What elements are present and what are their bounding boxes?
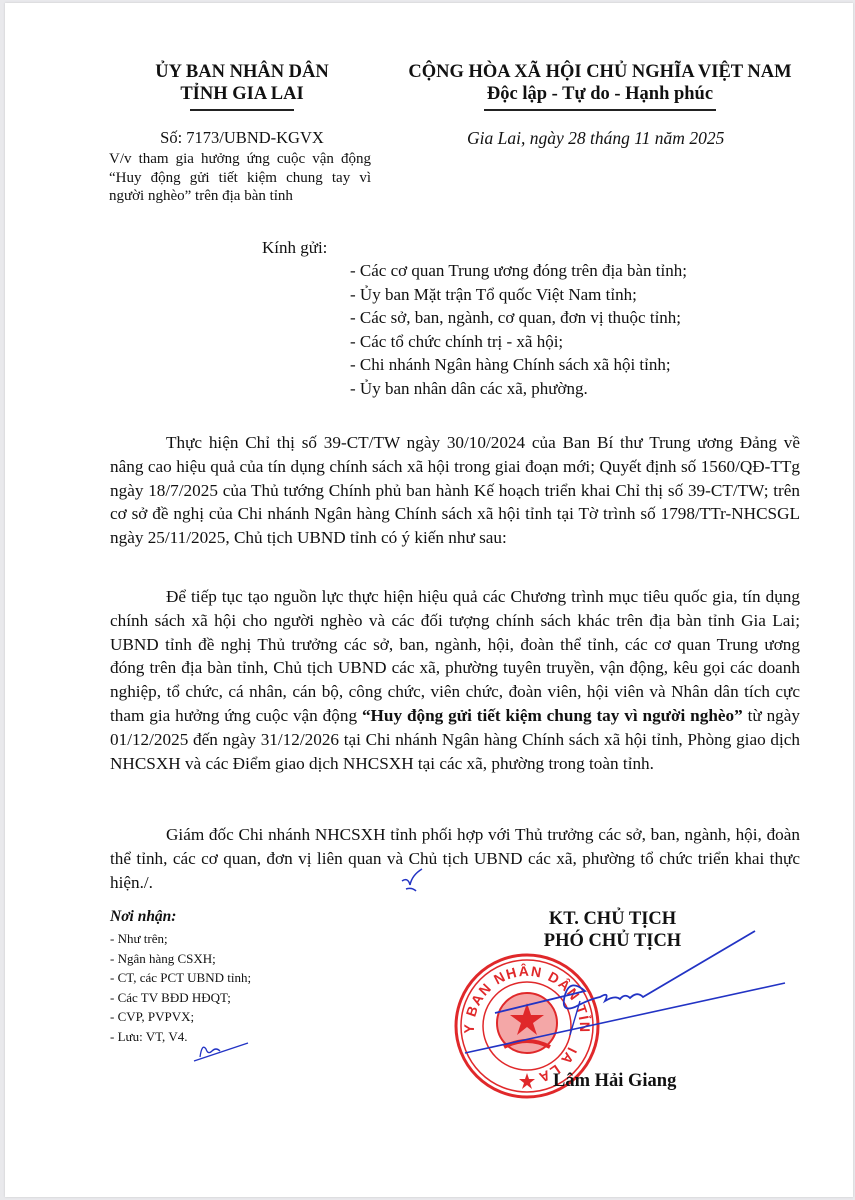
national-motto: Độc lập - Tự do - Hạnh phúc xyxy=(395,83,805,105)
recipient-item: - CT, các PCT UBND tỉnh; xyxy=(110,968,251,988)
addressee-label: Kính gửi: xyxy=(262,238,327,258)
initials-signature-icon xyxy=(190,1035,250,1065)
body-paragraph-1: Thực hiện Chỉ thị số 39-CT/TW ngày 30/10… xyxy=(110,431,800,550)
issuing-authority: ỦY BAN NHÂN DÂN TỈNH GIA LAI xyxy=(97,61,387,111)
authority-line1: ỦY BAN NHÂN DÂN xyxy=(97,61,387,83)
signatory-name: Lâm Hải Giang xyxy=(553,1071,676,1092)
recipient-item: - CVP, PVPVX; xyxy=(110,1007,251,1027)
recipient-item: - Ngân hàng CSXH; xyxy=(110,949,251,969)
addressee-item: - Chi nhánh Ngân hàng Chính sách xã hội … xyxy=(350,353,687,377)
handwritten-signature-icon xyxy=(455,923,795,1073)
addressee-list: - Các cơ quan Trung ương đóng trên địa b… xyxy=(350,259,687,400)
national-header: CỘNG HÒA XÃ HỘI CHỦ NGHĨA VIỆT NAM Độc l… xyxy=(395,61,805,111)
body-paragraph-3: Giám đốc Chi nhánh NHCSXH tỉnh phối hợp … xyxy=(110,823,800,894)
recipient-item: - Như trên; xyxy=(110,929,251,949)
authority-line2: TỈNH GIA LAI xyxy=(97,83,387,105)
nation-name: CỘNG HÒA XÃ HỘI CHỦ NGHĨA VIỆT NAM xyxy=(395,61,805,83)
authority-underline xyxy=(190,109,294,111)
motto-underline xyxy=(484,109,716,111)
recipient-item: - Các TV BĐD HĐQT; xyxy=(110,988,251,1008)
recipients-label: Nơi nhận: xyxy=(110,908,176,926)
initial-tick-icon xyxy=(398,867,426,893)
campaign-name: “Huy động gửi tiết kiệm chung tay vì ngư… xyxy=(362,706,743,725)
recipients-list: - Như trên; - Ngân hàng CSXH; - CT, các … xyxy=(110,929,251,1046)
body-paragraph-2: Để tiếp tục tạo nguồn lực thực hiện hiệu… xyxy=(110,585,800,775)
addressee-item: - Các tổ chức chính trị - xã hội; xyxy=(350,330,687,354)
document-page: ỦY BAN NHÂN DÂN TỈNH GIA LAI CỘNG HÒA XÃ… xyxy=(5,3,853,1197)
addressee-item: - Ủy ban nhân dân các xã, phường. xyxy=(350,377,687,401)
place-date: Gia Lai, ngày 28 tháng 11 năm 2025 xyxy=(467,128,724,149)
document-subject: V/v tham gia hưởng ứng cuộc vận động “Hu… xyxy=(109,150,371,206)
document-number: Số: 7173/UBND-KGVX xyxy=(97,128,387,148)
addressee-item: - Các cơ quan Trung ương đóng trên địa b… xyxy=(350,259,687,283)
addressee-item: - Các sở, ban, ngành, cơ quan, đơn vị th… xyxy=(350,306,687,330)
addressee-item: - Ủy ban Mặt trận Tổ quốc Việt Nam tỉnh; xyxy=(350,283,687,307)
